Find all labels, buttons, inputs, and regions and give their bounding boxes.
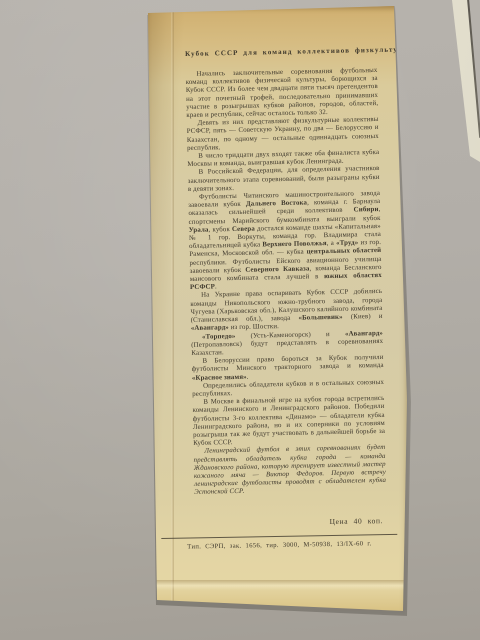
body-text: Начались заключительные соревнования фут… xyxy=(185,67,386,497)
paragraph: Футболисты Читинского машиностроительног… xyxy=(188,190,382,292)
paragraph: Начались заключительные соревнования фут… xyxy=(185,67,378,120)
leaflet-page: Кубок СССР для команд коллективов физкул… xyxy=(147,6,408,616)
paragraph: Девять из них представляют физкультурные… xyxy=(186,116,379,153)
photo-background: Кубок СССР для команд коллективов физкул… xyxy=(0,0,480,640)
leaflet-content: Кубок СССР для команд коллективов физкул… xyxy=(185,46,386,497)
paragraph: В Москве в финальной игре на кубок город… xyxy=(192,395,385,448)
imprint-line: Тип. СЭРП, зак. 1656, тир. 3000, М-50938… xyxy=(161,540,397,551)
divider-rule xyxy=(161,534,397,539)
paragraph: На Украине права оспаривать Кубок СССР д… xyxy=(190,288,383,333)
horizontal-fold-crease xyxy=(147,580,408,590)
leaflet-footer: Цена 40 коп. Тип. СЭРП, зак. 1656, тир. … xyxy=(161,516,398,551)
price-line: Цена 40 коп. xyxy=(161,516,397,529)
paragraph: Ленинградский футбол в этих соревнования… xyxy=(193,444,386,497)
document-title: Кубок СССР для команд коллективов физкул… xyxy=(185,46,377,58)
